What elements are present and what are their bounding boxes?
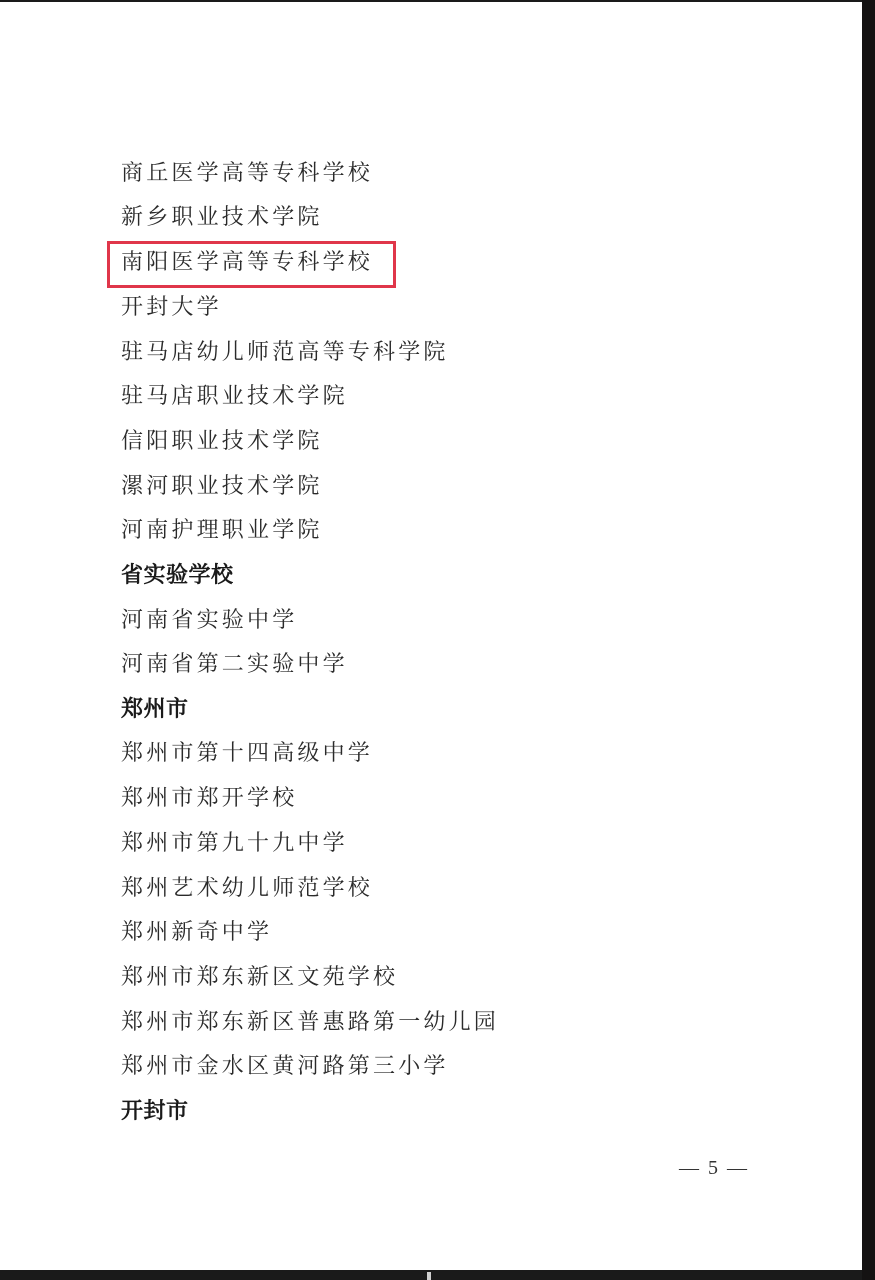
list-item: 商丘医学高等专科学校 (121, 161, 373, 187)
section-header: 郑州市 (121, 697, 189, 723)
list-item: 郑州新奇中学 (121, 920, 272, 946)
list-item: 驻马店幼儿师范高等专科学院 (121, 340, 449, 366)
document-page: 商丘医学高等专科学校 新乡职业技术学院 南阳医学高等专科学校 开封大学 驻马店幼… (0, 2, 862, 1270)
list-item: 信阳职业技术学院 (121, 429, 323, 455)
list-item: 郑州市郑东新区普惠路第一幼儿园 (121, 1010, 499, 1036)
list-item: 漯河职业技术学院 (121, 474, 323, 500)
list-item: 驻马店职业技术学院 (121, 384, 348, 410)
section-header: 省实验学校 (121, 563, 234, 589)
list-item: 郑州市金水区黄河路第三小学 (121, 1054, 449, 1080)
section-header: 开封市 (121, 1099, 189, 1125)
page-number: — 5 — (679, 1157, 749, 1180)
list-item: 郑州艺术幼儿师范学校 (121, 876, 373, 902)
list-item: 郑州市郑开学校 (121, 786, 297, 812)
highlighted-list-item: 南阳医学高等专科学校 (121, 250, 373, 276)
scan-edge (862, 0, 875, 1280)
list-item: 开封大学 (121, 295, 222, 321)
list-item: 郑州市第十四高级中学 (121, 741, 373, 767)
list-item: 郑州市郑东新区文苑学校 (121, 965, 398, 991)
list-item: 河南护理职业学院 (121, 518, 323, 544)
list-item: 河南省第二实验中学 (121, 652, 348, 678)
list-item: 河南省实验中学 (121, 608, 297, 634)
list-item: 新乡职业技术学院 (121, 205, 323, 231)
scan-artifact (427, 1272, 431, 1280)
list-item: 郑州市第九十九中学 (121, 831, 348, 857)
